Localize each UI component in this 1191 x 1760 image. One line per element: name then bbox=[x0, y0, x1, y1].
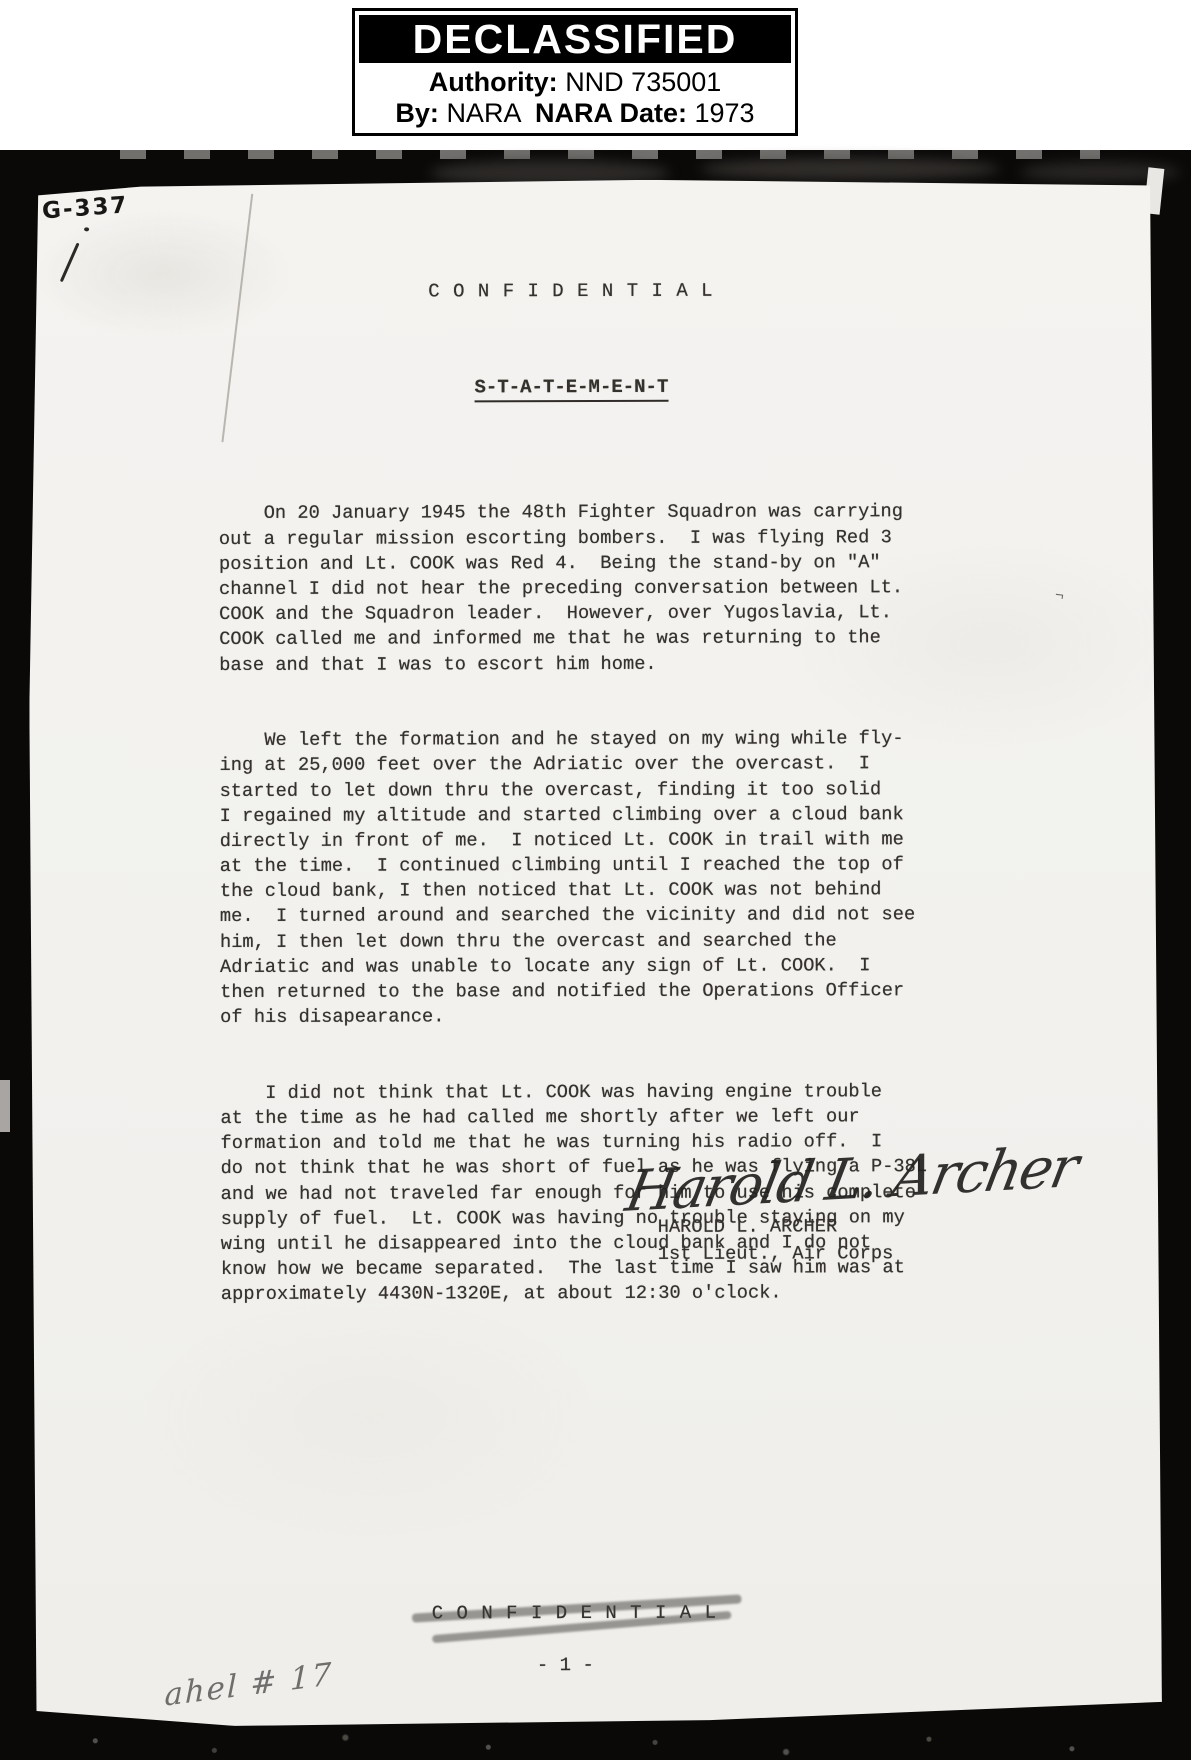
document-paper: G-337 C O N F I D E N T I A L S-T-A-T-E-… bbox=[28, 179, 1162, 1727]
paragraph-2: We left the formation and he stayed on m… bbox=[219, 726, 920, 1030]
film-edge-marks bbox=[120, 150, 1100, 159]
declassified-title: DECLASSIFIED bbox=[359, 15, 791, 63]
text-line: I regained my altitude and started climb… bbox=[220, 802, 920, 829]
pen-slash-mark bbox=[60, 243, 80, 283]
text-line: then returned to the base and notified t… bbox=[220, 978, 920, 1005]
text-line: of his disapearance. bbox=[220, 1003, 920, 1030]
text-line: at the time. I continued climbing until … bbox=[220, 852, 920, 879]
text-line: channel I did not hear the preceding con… bbox=[219, 575, 919, 602]
text-line: We left the formation and he stayed on m… bbox=[219, 726, 919, 753]
paragraph-1: On 20 January 1945 the 48th Fighter Squa… bbox=[219, 500, 919, 678]
text-line: him, I then let down thru the overcast a… bbox=[220, 928, 920, 955]
pen-dot-mark bbox=[84, 227, 89, 231]
page-number: - 1 - bbox=[537, 1654, 594, 1676]
text-line: at the time as he had called me shortly … bbox=[220, 1104, 920, 1131]
by-label: By: bbox=[395, 98, 446, 128]
declassified-stamp: DECLASSIFIED Authority: NND 735001 By: N… bbox=[352, 8, 798, 136]
text-line: the cloud bank, I then noticed that Lt. … bbox=[220, 877, 920, 904]
paper-crease bbox=[221, 194, 252, 442]
declassified-by-line: By: NARA NARA Date: 1973 bbox=[355, 98, 795, 133]
text-line: Adriatic and was unable to locate any si… bbox=[220, 953, 920, 980]
text-line: started to let down thru the overcast, f… bbox=[220, 777, 920, 804]
text-line: I did not think that Lt. COOK was having… bbox=[220, 1079, 920, 1106]
text-line: me. I turned around and searched the vic… bbox=[220, 903, 920, 930]
declassified-authority-line: Authority: NND 735001 bbox=[355, 67, 795, 98]
text-line: COOK called me and informed me that he w… bbox=[219, 625, 919, 652]
by-value: NARA bbox=[446, 98, 535, 128]
authority-label: Authority: bbox=[429, 67, 565, 97]
date-value: 1973 bbox=[694, 98, 754, 128]
text-line: COOK and the Squadron leader. However, o… bbox=[219, 600, 919, 627]
text-line: out a regular mission escorting bombers.… bbox=[219, 525, 919, 552]
stray-mark: ¬ bbox=[1054, 586, 1065, 604]
film-smudge bbox=[700, 158, 1000, 180]
scanned-document-screenshot: DECLASSIFIED Authority: NND 735001 By: N… bbox=[0, 0, 1191, 1760]
text-line: On 20 January 1945 the 48th Fighter Squa… bbox=[219, 500, 919, 527]
statement-title: S-T-A-T-E-M-E-N-T bbox=[474, 376, 668, 403]
text-line: position and Lt. COOK was Red 4. Being t… bbox=[219, 550, 919, 577]
signer-typed-name: HAROLD L. ARCHER bbox=[658, 1215, 837, 1237]
classification-header: C O N F I D E N T I A L bbox=[428, 280, 713, 303]
text-line: approximately 4430N-1320E, at about 12:3… bbox=[221, 1280, 921, 1307]
scan-noise bbox=[0, 1728, 1191, 1760]
authority-value: NND 735001 bbox=[565, 67, 721, 97]
signer-typed-rank: 1st Lieut., Air Corps bbox=[658, 1242, 894, 1265]
paper-edge-notch bbox=[0, 1080, 10, 1132]
text-line: ing at 25,000 feet over the Adriatic ove… bbox=[219, 751, 919, 778]
text-line: base and that I was to escort him home. bbox=[219, 651, 919, 678]
corner-reference-mark: G-337 bbox=[41, 192, 129, 224]
text-line: directly in front of me. I noticed Lt. C… bbox=[220, 827, 920, 854]
date-label: NARA Date: bbox=[535, 98, 695, 128]
handwritten-note: ahel # 17 bbox=[164, 1656, 333, 1713]
